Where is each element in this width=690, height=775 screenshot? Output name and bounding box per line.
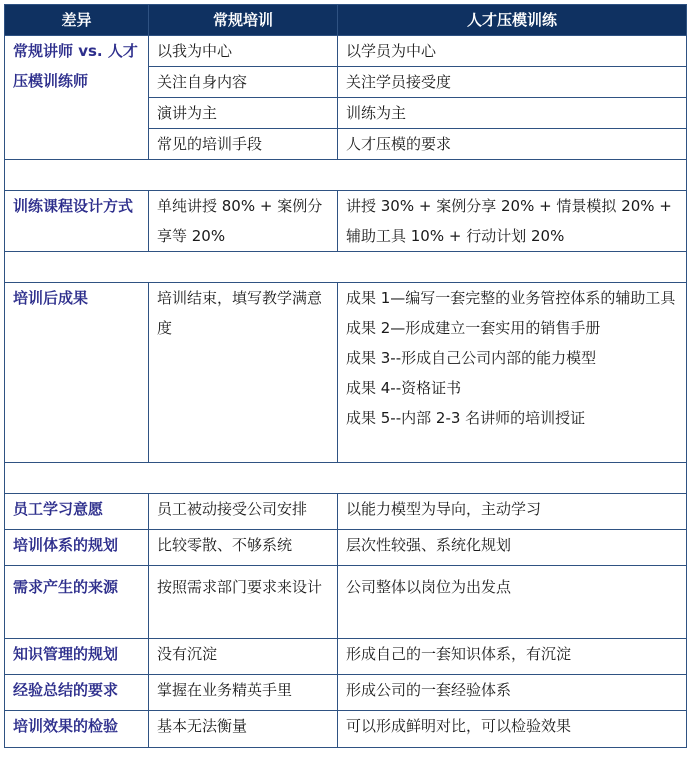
table-row: 培训效果的检验 基本无法衡量 可以形成鲜明对比，可以检验效果 xyxy=(5,711,687,748)
cell-talent: 可以形成鲜明对比，可以检验效果 xyxy=(338,711,687,748)
table-row: 经验总结的要求 掌握在业务精英手里 形成公司的一套经验体系 xyxy=(5,675,687,711)
cell-regular: 演讲为主 xyxy=(149,98,338,129)
cell-regular: 没有沉淀 xyxy=(149,639,338,675)
cell-talent-results: 成果 1—编写一套完整的业务管控体系的辅助工具 成果 2—形成建立一套实用的销售… xyxy=(338,283,687,463)
result-item: 成果 5--内部 2-3 名讲师的培训授证 xyxy=(346,403,678,433)
cell-talent: 关注学员接受度 xyxy=(338,67,687,98)
table-row: 培训后成果 培训结束，填写教学满意度 成果 1—编写一套完整的业务管控体系的辅助… xyxy=(5,283,687,463)
result-item: 成果 1—编写一套完整的业务管控体系的辅助工具 xyxy=(346,283,678,313)
spacer-row xyxy=(5,252,687,283)
cell-regular: 掌握在业务精英手里 xyxy=(149,675,338,711)
row-label-training-system: 培训体系的规划 xyxy=(5,530,149,566)
cell-regular: 员工被动接受公司安排 xyxy=(149,494,338,530)
cell-talent: 形成自己的一套知识体系，有沉淀 xyxy=(338,639,687,675)
row-label-demand-source: 需求产生的来源 xyxy=(5,566,149,639)
cell-talent: 公司整体以岗位为出发点 xyxy=(338,566,687,639)
cell-regular: 比较零散、不够系统 xyxy=(149,530,338,566)
cell-talent: 以能力模型为导向，主动学习 xyxy=(338,494,687,530)
cell-regular: 常见的培训手段 xyxy=(149,129,338,160)
header-talent-training: 人才压模训练 xyxy=(338,5,687,36)
cell-talent: 形成公司的一套经验体系 xyxy=(338,675,687,711)
cell-talent: 层次性较强、系统化规划 xyxy=(338,530,687,566)
cell-talent: 训练为主 xyxy=(338,98,687,129)
result-item: 成果 4--资格证书 xyxy=(346,373,678,403)
spacer-row xyxy=(5,160,687,191)
cell-talent: 以学员为中心 xyxy=(338,36,687,67)
table-row: 员工学习意愿 员工被动接受公司安排 以能力模型为导向，主动学习 xyxy=(5,494,687,530)
spacer-row xyxy=(5,463,687,494)
row-label-course-design: 训练课程设计方式 xyxy=(5,191,149,252)
comparison-table-container: 差异 常规培训 人才压模训练 常规讲师 vs. 人才压模训练师 以我为中心 以学… xyxy=(4,4,686,748)
row-label-experience-summary: 经验总结的要求 xyxy=(5,675,149,711)
cell-regular: 以我为中心 xyxy=(149,36,338,67)
cell-regular: 按照需求部门要求来设计 xyxy=(149,566,338,639)
table-row: 知识管理的规划 没有沉淀 形成自己的一套知识体系，有沉淀 xyxy=(5,639,687,675)
table-header-row: 差异 常规培训 人才压模训练 xyxy=(5,5,687,36)
row-label-effect-testing: 培训效果的检验 xyxy=(5,711,149,748)
row-label-trainer-comparison: 常规讲师 vs. 人才压模训练师 xyxy=(5,36,149,160)
cell-regular: 单纯讲授 80% + 案例分享等 20% xyxy=(149,191,338,252)
result-item: 成果 2—形成建立一套实用的销售手册 xyxy=(346,313,678,343)
table-row: 常规讲师 vs. 人才压模训练师 以我为中心 以学员为中心 xyxy=(5,36,687,67)
cell-regular: 培训结束，填写教学满意度 xyxy=(149,283,338,463)
result-item: 成果 3--形成自己公司内部的能力模型 xyxy=(346,343,678,373)
comparison-table: 差异 常规培训 人才压模训练 常规讲师 vs. 人才压模训练师 以我为中心 以学… xyxy=(4,4,687,748)
header-difference: 差异 xyxy=(5,5,149,36)
row-label-learning-willingness: 员工学习意愿 xyxy=(5,494,149,530)
table-row: 需求产生的来源 按照需求部门要求来设计 公司整体以岗位为出发点 xyxy=(5,566,687,639)
cell-regular: 关注自身内容 xyxy=(149,67,338,98)
header-regular-training: 常规培训 xyxy=(149,5,338,36)
table-row: 培训体系的规划 比较零散、不够系统 层次性较强、系统化规划 xyxy=(5,530,687,566)
cell-talent: 人才压模的要求 xyxy=(338,129,687,160)
spacer-cell xyxy=(5,463,687,494)
cell-regular: 基本无法衡量 xyxy=(149,711,338,748)
row-label-post-training-results: 培训后成果 xyxy=(5,283,149,463)
spacer-cell xyxy=(5,252,687,283)
cell-talent: 讲授 30% + 案例分享 20% + 情景模拟 20% + 辅助工具 10% … xyxy=(338,191,687,252)
table-row: 训练课程设计方式 单纯讲授 80% + 案例分享等 20% 讲授 30% + 案… xyxy=(5,191,687,252)
spacer-cell xyxy=(5,160,687,191)
row-label-knowledge-management: 知识管理的规划 xyxy=(5,639,149,675)
